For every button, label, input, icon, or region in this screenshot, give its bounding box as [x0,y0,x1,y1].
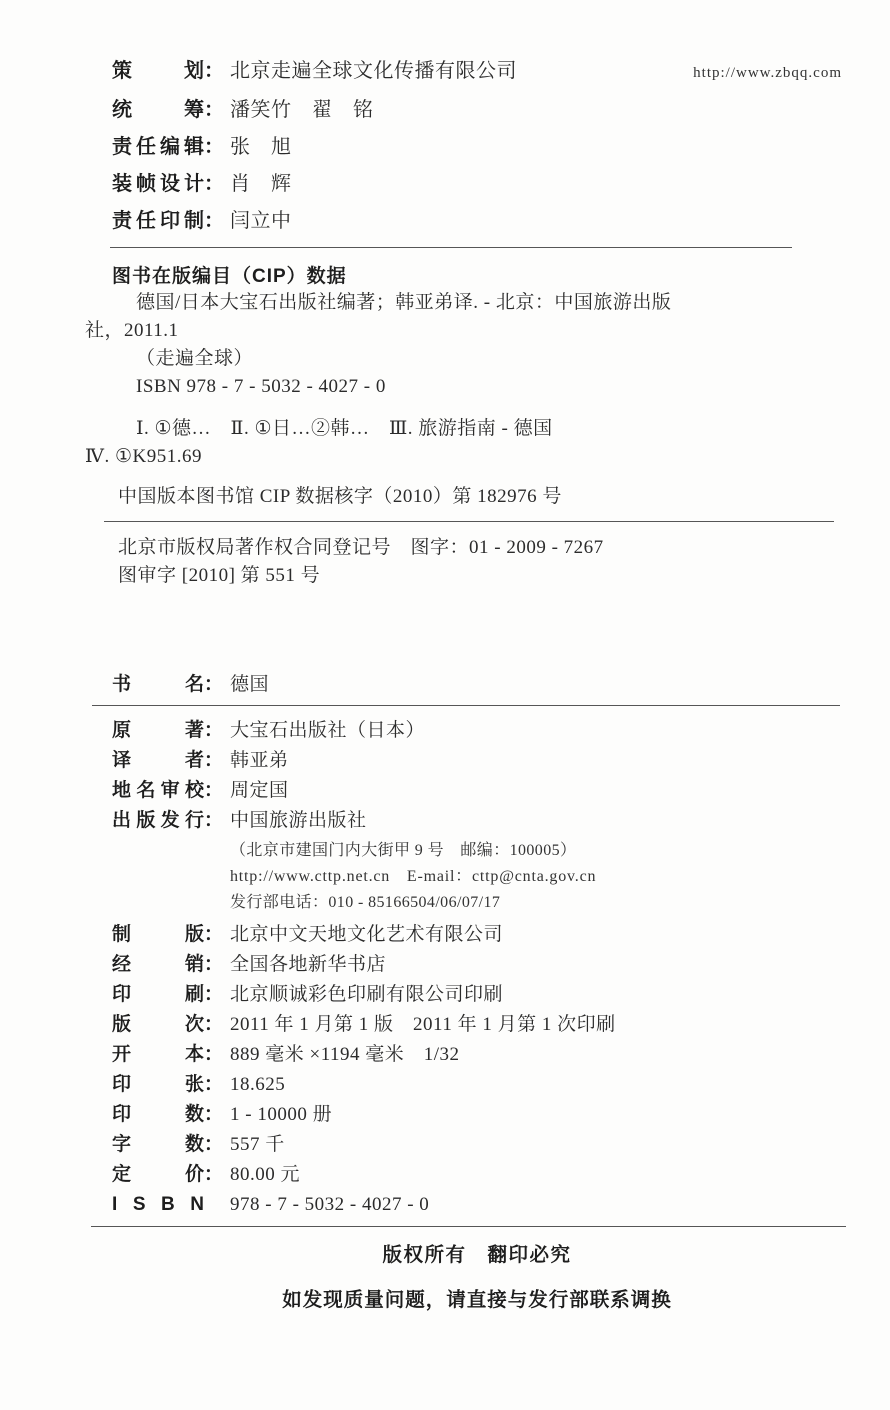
pub-row-edition: 版 次：2011 年 1 月第 1 版 2011 年 1 月第 1 次印刷 [112,1014,842,1036]
book-title-row: 书 名：德国 [112,674,842,696]
cip-description-line2: 社，2011.1 [85,317,842,345]
pub-value: 全国各地新华书店 [230,954,842,976]
page-content: 策 划：北京走遍全球文化传播有限公司http://www.zbqq.com 统 … [0,0,890,1312]
book-title-block: 书 名：德国 [112,674,842,696]
label-colon: ： [204,1164,230,1186]
pub-label: 印 数 [112,1104,204,1126]
staff-value: 张 旭 [230,136,842,158]
pub-row-placename-reviewer: 地名审校：周定国 [112,780,842,802]
staff-label: 统 筹 [112,99,204,121]
pub-value: 978 - 7 - 5032 - 4027 - 0 [230,1194,842,1216]
staff-row-designer: 装帧设计：肖 辉 [112,173,842,195]
pub-row-word-count: 字 数：557 千 [112,1134,842,1156]
label-colon: ： [204,1074,230,1096]
label-colon: ： [204,810,230,832]
label-colon: ： [204,1134,230,1156]
cip-heading: 图书在版编目（CIP）数据 [112,265,842,289]
footer-notices: 版权所有 翻印必究 如发现质量问题，请直接与发行部联系调换 [112,1239,842,1312]
pub-row-typesetting: 制 版：北京中文天地文化艺术有限公司 [112,924,842,946]
label-colon: ： [204,1044,230,1066]
pub-label: 制 版 [112,924,204,946]
registration-map-approval-number: 图审字 [2010] 第 551 号 [118,562,842,590]
cip-series: （走遍全球） [136,345,842,373]
label-colon: ： [204,1104,230,1126]
pub-row-publisher: 出版发行：中国旅游出版社 [112,810,842,832]
pub-row-sheets: 印 张：18.625 [112,1074,842,1096]
pub-label: 地名审校 [112,780,204,802]
label-colon: ： [204,674,230,696]
pub-value: 18.625 [230,1074,842,1096]
pub-row-distribution: 经 销：全国各地新华书店 [112,954,842,976]
staff-row-print-supervisor: 责任印制：闫立中 [112,210,842,232]
label-colon: ： [204,720,230,742]
pub-value: 1 - 10000 册 [230,1104,842,1126]
quality-notice: 如发现质量问题，请直接与发行部联系调换 [112,1284,842,1312]
copyright-notice: 版权所有 翻印必究 [112,1239,842,1267]
cip-isbn: ISBN 978 - 7 - 5032 - 4027 - 0 [136,373,842,401]
divider-rule-title [92,705,840,706]
pub-label: 译 者 [112,750,204,772]
label-colon: ： [204,1014,230,1036]
publication-details-block: 原 著：大宝石出版社（日本） 译 者：韩亚弟 地名审校：周定国 出版发行：中国旅… [112,720,842,1216]
staff-row-coordinator: 统 筹：潘笑竹 翟 铭 [112,99,842,121]
cip-data-block: 图书在版编目（CIP）数据 德国/日本大宝石出版社编著；韩亚弟译. - 北京：中… [112,265,842,511]
pub-value: 韩亚弟 [230,750,842,772]
pub-label: 印 张 [112,1074,204,1096]
staff-label: 责任编辑 [112,136,204,158]
pub-value: 北京中文天地文化艺术有限公司 [230,924,842,946]
pub-label: 经 销 [112,954,204,976]
pub-label: 版 次 [112,1014,204,1036]
label-colon: ： [204,924,230,946]
pub-row-format: 开 本：889 毫米 ×1194 毫米 1/32 [112,1044,842,1066]
label-colon: ： [204,99,230,121]
publisher-phone: 发行部电话：010 - 85166504/06/07/17 [230,890,842,916]
pub-row-translator: 译 者：韩亚弟 [112,750,842,772]
staff-row-planning: 策 划：北京走遍全球文化传播有限公司http://www.zbqq.com [112,60,842,84]
pub-row-price: 定 价：80.00 元 [112,1164,842,1186]
label-colon: ： [204,173,230,195]
pub-value: 80.00 元 [230,1164,842,1186]
divider-rule-bottom [91,1226,846,1227]
pub-value: 周定国 [230,780,842,802]
planner-url: http://www.zbqq.com [693,62,842,84]
label-colon: ： [204,60,230,82]
pub-row-isbn: I S B N978 - 7 - 5032 - 4027 - 0 [112,1194,842,1216]
label-colon: ： [204,136,230,158]
book-title-value: 德国 [230,674,842,696]
divider-rule-cip [104,521,834,522]
staff-row-editor: 责任编辑：张 旭 [112,136,842,158]
pub-value: 大宝石出版社（日本） [230,720,842,742]
publisher-address: （北京市建国门内大街甲 9 号 邮编：100005） [230,838,842,864]
pub-value: 北京顺诚彩色印刷有限公司印刷 [230,984,842,1006]
cip-classification-line1: Ⅰ. ①德… Ⅱ. ①日…②韩… Ⅲ. 旅游指南 - 德国 [136,415,842,443]
cip-description-line1: 德国/日本大宝石出版社编著；韩亚弟译. - 北京：中国旅游出版 [136,289,842,317]
staff-label: 责任印制 [112,210,204,232]
pub-row-printing: 印 刷：北京顺诚彩色印刷有限公司印刷 [112,984,842,1006]
staff-value: 闫立中 [230,210,842,232]
registration-contract-number: 北京市版权局著作权合同登记号 图字：01 - 2009 - 7267 [118,534,842,562]
label-colon: ： [204,780,230,802]
pub-label: 出版发行 [112,810,204,832]
label-colon: ： [204,984,230,1006]
cip-record-number: 中国版本图书馆 CIP 数据核字（2010）第 182976 号 [118,483,842,511]
copyright-page: 策 划：北京走遍全球文化传播有限公司http://www.zbqq.com 统 … [0,0,890,1410]
staff-label: 策 划 [112,60,204,82]
staff-credits-block: 策 划：北京走遍全球文化传播有限公司http://www.zbqq.com 统 … [112,60,842,232]
pub-label: 开 本 [112,1044,204,1066]
registration-block: 北京市版权局著作权合同登记号 图字：01 - 2009 - 7267 图审字 [… [112,534,842,590]
staff-value: 肖 辉 [230,173,842,195]
label-colon: ： [204,750,230,772]
staff-value: 北京走遍全球文化传播有限公司 [230,60,675,82]
cip-classification-line2: Ⅳ. ①K951.69 [85,443,842,471]
divider-rule-top [110,247,792,248]
publisher-web-email: http://www.cttp.net.cn E-mail：cttp@cnta.… [230,864,842,890]
publisher-contact-block: （北京市建国门内大街甲 9 号 邮编：100005） http://www.ct… [230,838,842,916]
label-colon: ： [204,954,230,976]
pub-value: 2011 年 1 月第 1 版 2011 年 1 月第 1 次印刷 [230,1014,842,1036]
pub-label: 定 价 [112,1164,204,1186]
book-title-label: 书 名 [112,674,204,696]
staff-value: 潘笑竹 翟 铭 [230,99,842,121]
pub-value: 557 千 [230,1134,842,1156]
pub-label: 字 数 [112,1134,204,1156]
pub-row-print-run: 印 数：1 - 10000 册 [112,1104,842,1126]
pub-value: 中国旅游出版社 [230,810,842,832]
label-colon: ： [204,210,230,232]
pub-row-original-author: 原 著：大宝石出版社（日本） [112,720,842,742]
pub-label: I S B N [112,1194,204,1216]
pub-value: 889 毫米 ×1194 毫米 1/32 [230,1044,842,1066]
pub-label: 原 著 [112,720,204,742]
pub-label: 印 刷 [112,984,204,1006]
staff-label: 装帧设计 [112,173,204,195]
